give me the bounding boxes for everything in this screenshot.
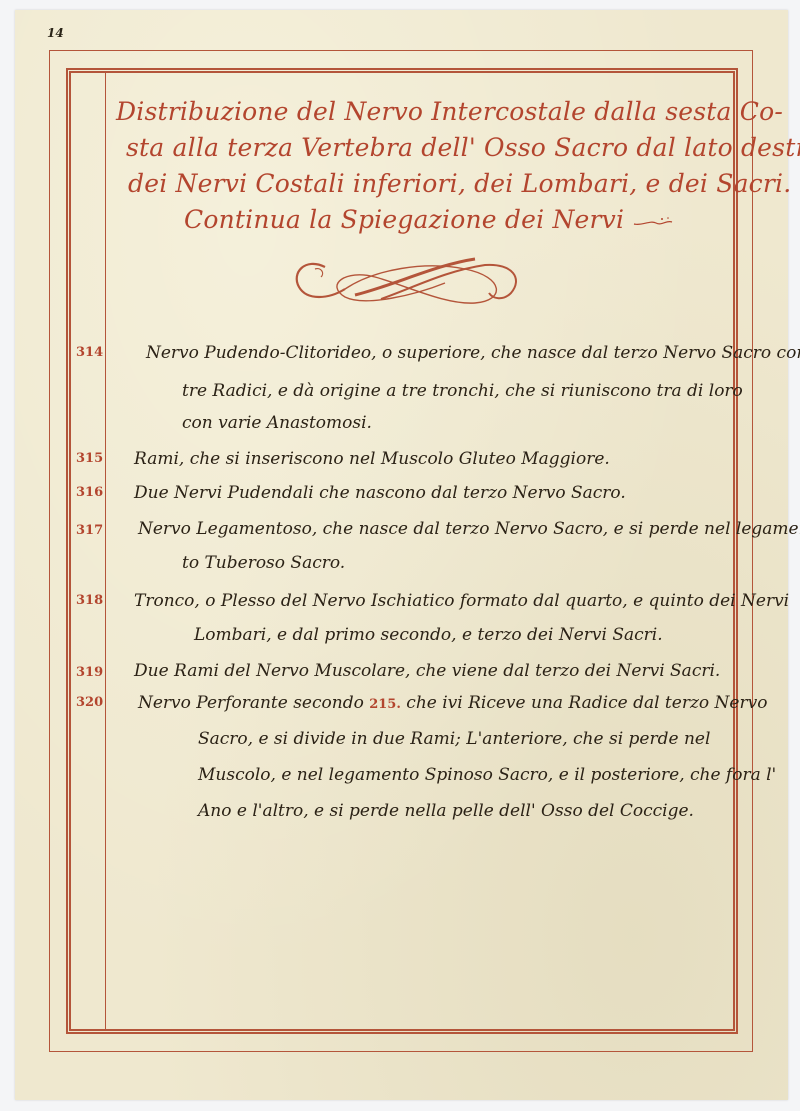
entry-314: 314 Nervo Pudendo-Clitorideo, o superior… (70, 338, 740, 438)
title-line: Distribuzione del Nervo Intercostale dal… (112, 94, 702, 130)
entry-text-line: Tronco, o Plesso del Nervo Ischiatico fo… (70, 586, 740, 616)
entry-text-line: Sacro, e si divide in due Rami; L'anteri… (70, 724, 740, 754)
entry-text-line: tre Radici, e dà origine a tre tronchi, … (70, 376, 740, 406)
page-title: Distribuzione del Nervo Intercostale dal… (112, 94, 702, 238)
entry-text-line: Ano e l'altro, e si perde nella pelle de… (70, 796, 740, 826)
entry-number: 315 (76, 451, 106, 466)
entry-text-segment: che ivi Riceve una Radice dal terzo Nerv… (406, 693, 767, 713)
ornamental-flourish-icon (285, 255, 525, 307)
title-line: sta alla terza Vertebra dell' Osso Sacro… (112, 130, 702, 166)
entry-text-line: Rami, che si inseriscono nel Muscolo Glu… (70, 444, 740, 474)
entry-number: 314 (76, 345, 106, 360)
entries-list: 314 Nervo Pudendo-Clitorideo, o superior… (70, 338, 740, 826)
entry-315: 315 Rami, che si inseriscono nel Muscolo… (70, 444, 740, 474)
entry-number: 317 (76, 523, 106, 538)
page-number: 14 (47, 26, 64, 40)
entry-text-line: Nervo Legamentoso, che nasce dal terzo N… (70, 514, 740, 544)
entry-319: 319 Due Rami del Nervo Muscolare, che vi… (70, 656, 740, 686)
entry-number: 319 (76, 665, 106, 680)
entry-318: 318 Tronco, o Plesso del Nervo Ischiatic… (70, 586, 740, 650)
entry-text-line: Nervo Perforante secondo 215. che ivi Ri… (70, 688, 740, 718)
entry-number: 316 (76, 485, 106, 500)
entry-text-segment: Nervo Perforante secondo (138, 693, 364, 713)
entry-text-line: con varie Anastomosi. (70, 408, 740, 438)
entry-number: 320 (76, 695, 106, 710)
entry-text-line: Lombari, e dal primo secondo, e terzo de… (70, 620, 740, 650)
entry-text-line: Due Rami del Nervo Muscolare, che viene … (70, 656, 740, 686)
title-line: dei Nervi Costali inferiori, dei Lombari… (112, 166, 702, 202)
entry-number: 318 (76, 593, 106, 608)
entry-text-line: Due Nervi Pudendali che nascono dal terz… (70, 478, 740, 508)
entry-text-line: to Tuberoso Sacro. (70, 548, 740, 578)
entry-317: 317 Nervo Legamentoso, che nasce dal ter… (70, 514, 740, 578)
title-line-text: Continua la Spiegazione dei Nervi (184, 205, 624, 234)
tail-flourish-icon (632, 214, 676, 230)
entry-316: 316 Due Nervi Pudendali che nascono dal … (70, 478, 740, 508)
cross-reference-number: 215. (369, 697, 401, 712)
entry-text-line: Muscolo, e nel legamento Spinoso Sacro, … (70, 760, 740, 790)
title-line: Continua la Spiegazione dei Nervi (112, 202, 702, 238)
entry-320: 320 Nervo Perforante secondo 215. che iv… (70, 688, 740, 826)
entry-text-line: Nervo Pudendo-Clitorideo, o superiore, c… (70, 338, 740, 368)
